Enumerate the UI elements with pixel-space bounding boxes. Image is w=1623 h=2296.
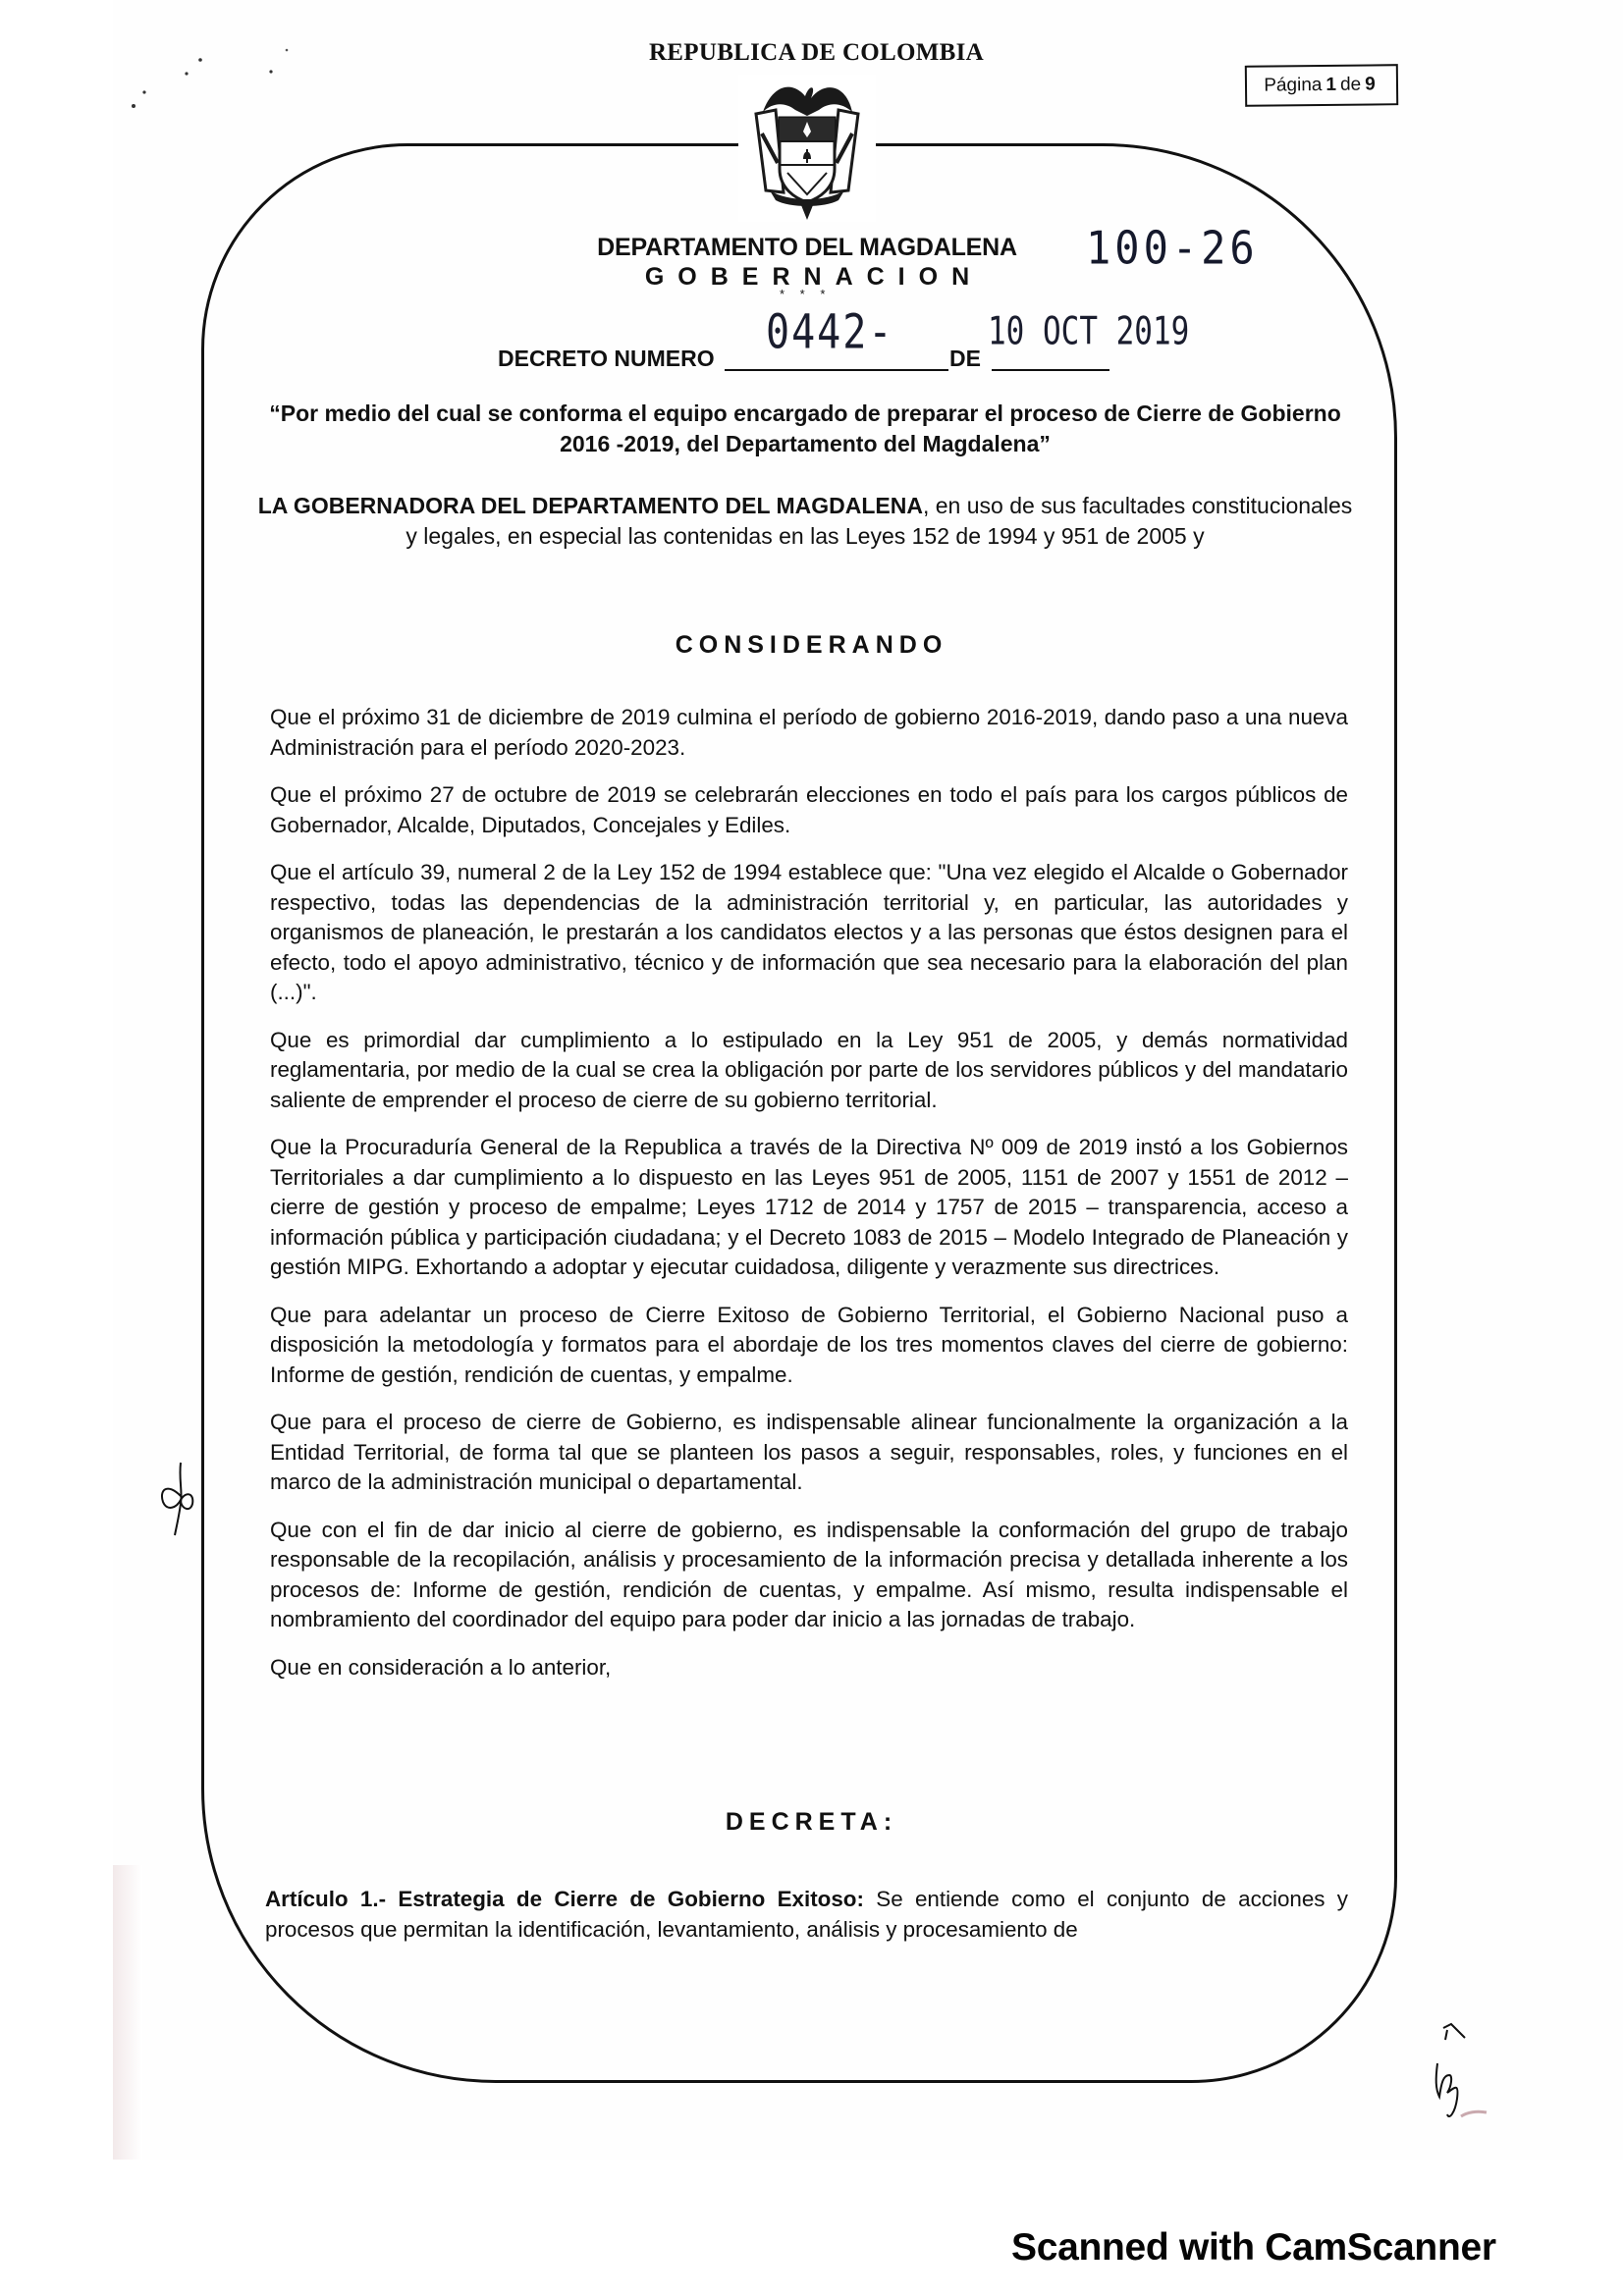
decree-number-label: DECRETO NUMERO — [498, 346, 715, 372]
considerando-heading: CONSIDERANDO — [0, 631, 1623, 660]
page-current: 1 — [1325, 75, 1336, 96]
considerando-paragraph: Que el próximo 27 de octubre de 2019 se … — [270, 780, 1348, 840]
considerando-paragraph: Que el próximo 31 de diciembre de 2019 c… — [270, 703, 1348, 763]
decree-number-line — [725, 369, 948, 371]
decree-date-label: DE — [949, 346, 981, 372]
considerando-paragraph: Que es primordial dar cumplimiento a lo … — [270, 1026, 1348, 1116]
considerando-paragraph: Que con el fin de dar inicio al cierre d… — [270, 1516, 1348, 1635]
considerando-paragraph: Que para el proceso de cierre de Gobiern… — [270, 1408, 1348, 1498]
department-name: DEPARTAMENTO DEL MAGDALENA — [581, 234, 1033, 262]
decree-number-value: 0442- — [766, 305, 893, 359]
decree-date-line — [992, 369, 1109, 371]
considerando-list: Que el próximo 31 de diciembre de 2019 c… — [270, 703, 1348, 1700]
page-indicator: Página 1 de 9 — [1245, 64, 1398, 107]
page-prefix: Página — [1264, 75, 1322, 97]
stars-ornament: * * * — [780, 287, 831, 301]
authority-subject: LA GOBERNADORA DEL DEPARTAMENTO DEL MAGD… — [258, 493, 923, 518]
handwritten-initials-icon — [159, 1461, 198, 1539]
scan-edge-shadow — [113, 1865, 142, 2160]
decreta-heading: DECRETA: — [0, 1808, 1623, 1837]
considerando-paragraph: Que el artículo 39, numeral 2 de la Ley … — [270, 858, 1348, 1008]
considerando-paragraph: Que para adelantar un proceso de Cierre … — [270, 1301, 1348, 1391]
stamp-code: 100-26 — [1086, 222, 1259, 275]
page-separator: de — [1340, 75, 1361, 96]
handwritten-signature-icon — [1422, 2014, 1490, 2132]
article-1: Artículo 1.- Estrategia de Cierre de Gob… — [265, 1885, 1348, 1962]
considerando-paragraph: Que la Procuraduría General de la Republ… — [270, 1133, 1348, 1283]
camscanner-watermark: Scanned with CamScanner — [1011, 2226, 1496, 2269]
decree-date-value: 10 OCT 2019 — [988, 310, 1189, 354]
article-1-title: Artículo 1.- Estrategia de Cierre de Gob… — [265, 1887, 864, 1911]
considerando-paragraph: Que en consideración a lo anterior, — [270, 1653, 1348, 1683]
decree-title: “Por medio del cual se conforma el equip… — [255, 399, 1355, 459]
page-total: 9 — [1365, 74, 1376, 95]
country-header: REPUBLICA DE COLOMBIA — [0, 39, 1623, 67]
coat-of-arms-icon — [738, 75, 876, 222]
authority-clause: LA GOBERNADORA DEL DEPARTAMENTO DEL MAGD… — [255, 491, 1355, 552]
